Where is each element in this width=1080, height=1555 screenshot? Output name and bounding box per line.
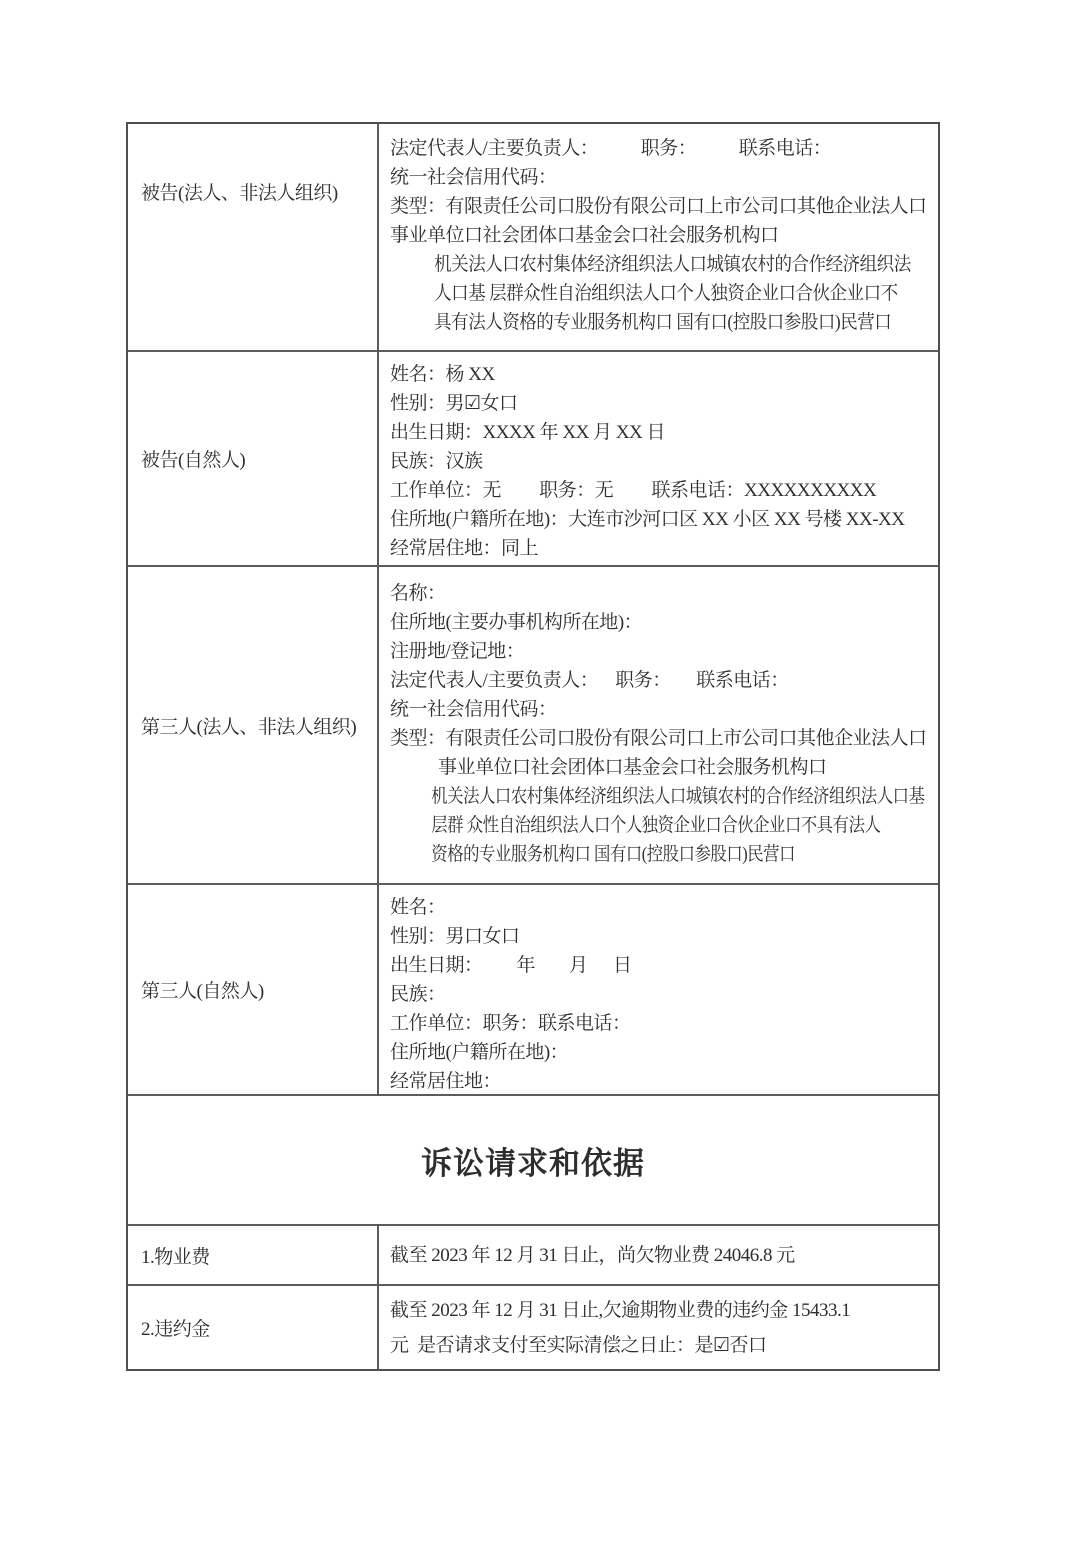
field-line: 工作单位：职务：联系电话： (390, 1009, 938, 1038)
row-label-cell: 被告(自然人) (128, 352, 379, 565)
field-line: 人口基 层群众性自治组织法人口个人独资企业口合伙企业口不 (390, 279, 894, 308)
claim-line-checkbox: 元 是否请求支付至实际清偿之日止：是☑否口 (390, 1328, 938, 1363)
row-content-cell: 姓名： 性别：男口女口 出生日期： 年 月 日 民族： 工作单位：职务：联系电话… (379, 885, 938, 1094)
row-defendant-org: 被告(法人、非法人组织) 法定代表人/主要负责人： 职务： 联系电话： 统一社会… (128, 124, 938, 352)
field-line: 层群 众性自治组织法人口个人独资企业口合伙企业口不具有法人 (390, 811, 861, 840)
row-label-cell: 被告(法人、非法人组织) (128, 124, 379, 350)
field-line: 法定代表人/主要负责人： 职务： 联系电话： (390, 666, 938, 695)
claim-content-cell: 截至 2023 年 12 月 31 日止,欠逾期物业费的违约金 15433.1 … (379, 1286, 938, 1369)
field-line: 类型：有限责任公司口股份有限公司口上市公司口其他企业法人口 (390, 724, 938, 753)
field-line: 机关法人口农村集体经济组织法人口城镇农村的合作经济组织法人口基 (390, 782, 861, 811)
row-label-cell: 第三人(法人、非法人组织) (128, 567, 379, 883)
row-defendant-person: 被告(自然人) 姓名：杨 XX 性别：男☑女口 出生日期：XXXX 年 XX 月… (128, 352, 938, 567)
claim-label-cell: 1.物业费 (128, 1226, 379, 1284)
claim-label-cell: 2.违约金 (128, 1286, 379, 1369)
field-line: 统一社会信用代码： (390, 695, 938, 724)
section-title: 诉讼请求和依据 (421, 1138, 645, 1183)
row-third-party-person: 第三人(自然人) 姓名： 性别：男口女口 出生日期： 年 月 日 民族： 工作单… (128, 885, 938, 1096)
field-line-gender-checkbox: 性别：男☑女口 (390, 389, 938, 418)
field-line-gender-checkbox: 性别：男口女口 (390, 922, 938, 951)
field-line: 出生日期：XXXX 年 XX 月 XX 日 (390, 418, 938, 447)
field-line: 事业单位口社会团体口基金会口社会服务机构口 (390, 753, 938, 782)
field-line: 工作单位：无 职务：无 联系电话：XXXXXXXXXX (390, 476, 938, 505)
row-claim-property-fee: 1.物业费 截至 2023 年 12 月 31 日止，尚欠物业费 24046.8… (128, 1226, 938, 1286)
row-label: 被告(法人、非法人组织) (141, 178, 338, 205)
row-claims-header: 诉讼请求和依据 (128, 1096, 938, 1226)
field-line: 住所地(户籍所在地)：大连市沙河口区 XX 小区 XX 号楼 XX-XX (390, 505, 938, 534)
field-line: 资格的专业服务机构口 国有口(控股口参股口)民营口 (390, 840, 861, 869)
field-line: 出生日期： 年 月 日 (390, 951, 938, 980)
row-claim-penalty: 2.违约金 截至 2023 年 12 月 31 日止,欠逾期物业费的违约金 15… (128, 1286, 938, 1369)
field-line: 姓名： (390, 893, 938, 922)
field-line: 民族： (390, 980, 938, 1009)
row-content-cell: 名称： 住所地(主要办事机构所在地)： 注册地/登记地： 法定代表人/主要负责人… (379, 567, 938, 883)
field-line: 统一社会信用代码： (390, 163, 938, 192)
claim-line: 截至 2023 年 12 月 31 日止，尚欠物业费 24046.8 元 (390, 1238, 938, 1273)
field-line: 住所地(主要办事机构所在地)： (390, 608, 938, 637)
row-content-cell: 法定代表人/主要负责人： 职务： 联系电话： 统一社会信用代码： 类型：有限责任… (379, 124, 938, 350)
row-content-cell: 姓名：杨 XX 性别：男☑女口 出生日期：XXXX 年 XX 月 XX 日 民族… (379, 352, 938, 565)
section-title-cell: 诉讼请求和依据 (128, 1096, 938, 1224)
field-line: 具有法人资格的专业服务机构口 国有口(控股口参股口)民营口 (390, 308, 894, 337)
row-label: 第三人(自然人) (141, 976, 264, 1003)
claim-label: 1.物业费 (141, 1242, 210, 1269)
row-label: 第三人(法人、非法人组织) (141, 712, 356, 739)
claim-content-cell: 截至 2023 年 12 月 31 日止，尚欠物业费 24046.8 元 (379, 1226, 938, 1284)
field-line: 姓名：杨 XX (390, 360, 938, 389)
row-label-cell: 第三人(自然人) (128, 885, 379, 1094)
field-line: 经常居住地： (390, 1067, 938, 1094)
field-line: 事业单位口社会团体口基金会口社会服务机构口 (390, 221, 938, 250)
claim-label: 2.违约金 (141, 1314, 210, 1341)
field-line: 经常居住地：同上 (390, 534, 938, 563)
row-label: 被告(自然人) (141, 445, 245, 472)
row-third-party-org: 第三人(法人、非法人组织) 名称： 住所地(主要办事机构所在地)： 注册地/登记… (128, 567, 938, 885)
field-line: 名称： (390, 579, 938, 608)
field-line: 类型：有限责任公司口股份有限公司口上市公司口其他企业法人口 (390, 192, 938, 221)
lawsuit-form-table: 被告(法人、非法人组织) 法定代表人/主要负责人： 职务： 联系电话： 统一社会… (126, 122, 940, 1371)
field-line: 法定代表人/主要负责人： 职务： 联系电话： (390, 134, 938, 163)
field-line: 住所地(户籍所在地)： (390, 1038, 938, 1067)
claim-line: 截至 2023 年 12 月 31 日止,欠逾期物业费的违约金 15433.1 (390, 1293, 938, 1328)
field-line: 民族：汉族 (390, 447, 938, 476)
document-page: 被告(法人、非法人组织) 法定代表人/主要负责人： 职务： 联系电话： 统一社会… (0, 0, 1080, 1555)
field-line: 机关法人口农村集体经济组织法人口城镇农村的合作经济组织法 (390, 250, 894, 279)
field-line: 注册地/登记地： (390, 637, 938, 666)
